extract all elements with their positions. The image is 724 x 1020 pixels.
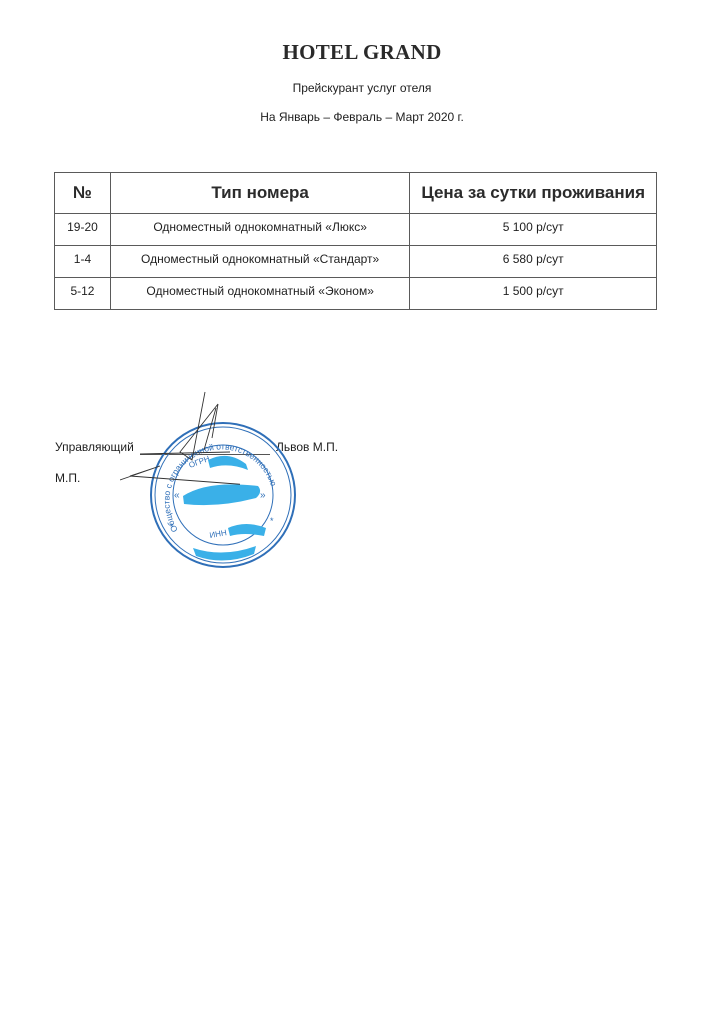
- cell-price: 5 100 р/сут: [410, 214, 657, 246]
- header-price: Цена за сутки проживания: [410, 173, 657, 214]
- cell-number: 5-12: [55, 278, 111, 310]
- cell-number: 1-4: [55, 246, 111, 278]
- document-title: HOTEL GRAND: [0, 40, 724, 65]
- document-subtitle: Прейскурант услуг отеля: [0, 81, 724, 95]
- stamp-inn: ИНН: [209, 528, 228, 540]
- table-row: 5-12 Одноместный однокомнатный «Эконом» …: [55, 278, 657, 310]
- cell-room-type: Одноместный однокомнатный «Люкс»: [110, 214, 409, 246]
- svg-text:»: »: [260, 490, 266, 501]
- svg-text:«: «: [174, 490, 180, 501]
- cell-room-type: Одноместный однокомнатный «Стандарт»: [110, 246, 409, 278]
- table-row: 19-20 Одноместный однокомнатный «Люкс» 5…: [55, 214, 657, 246]
- cell-price: 6 580 р/сут: [410, 246, 657, 278]
- table-row: 1-4 Одноместный однокомнатный «Стандарт»…: [55, 246, 657, 278]
- price-table: № Тип номера Цена за сутки проживания 19…: [54, 172, 657, 310]
- signature: [120, 390, 240, 490]
- cell-price: 1 500 р/сут: [410, 278, 657, 310]
- header-room-type: Тип номера: [110, 173, 409, 214]
- cell-room-type: Одноместный однокомнатный «Эконом»: [110, 278, 409, 310]
- svg-text:*: *: [270, 516, 274, 526]
- document-period: На Январь – Февраль – Март 2020 г.: [0, 110, 724, 124]
- seal-label: М.П.: [55, 471, 80, 485]
- cell-number: 19-20: [55, 214, 111, 246]
- header-number: №: [55, 173, 111, 214]
- svg-text:*: *: [170, 522, 174, 532]
- table-header-row: № Тип номера Цена за сутки проживания: [55, 173, 657, 214]
